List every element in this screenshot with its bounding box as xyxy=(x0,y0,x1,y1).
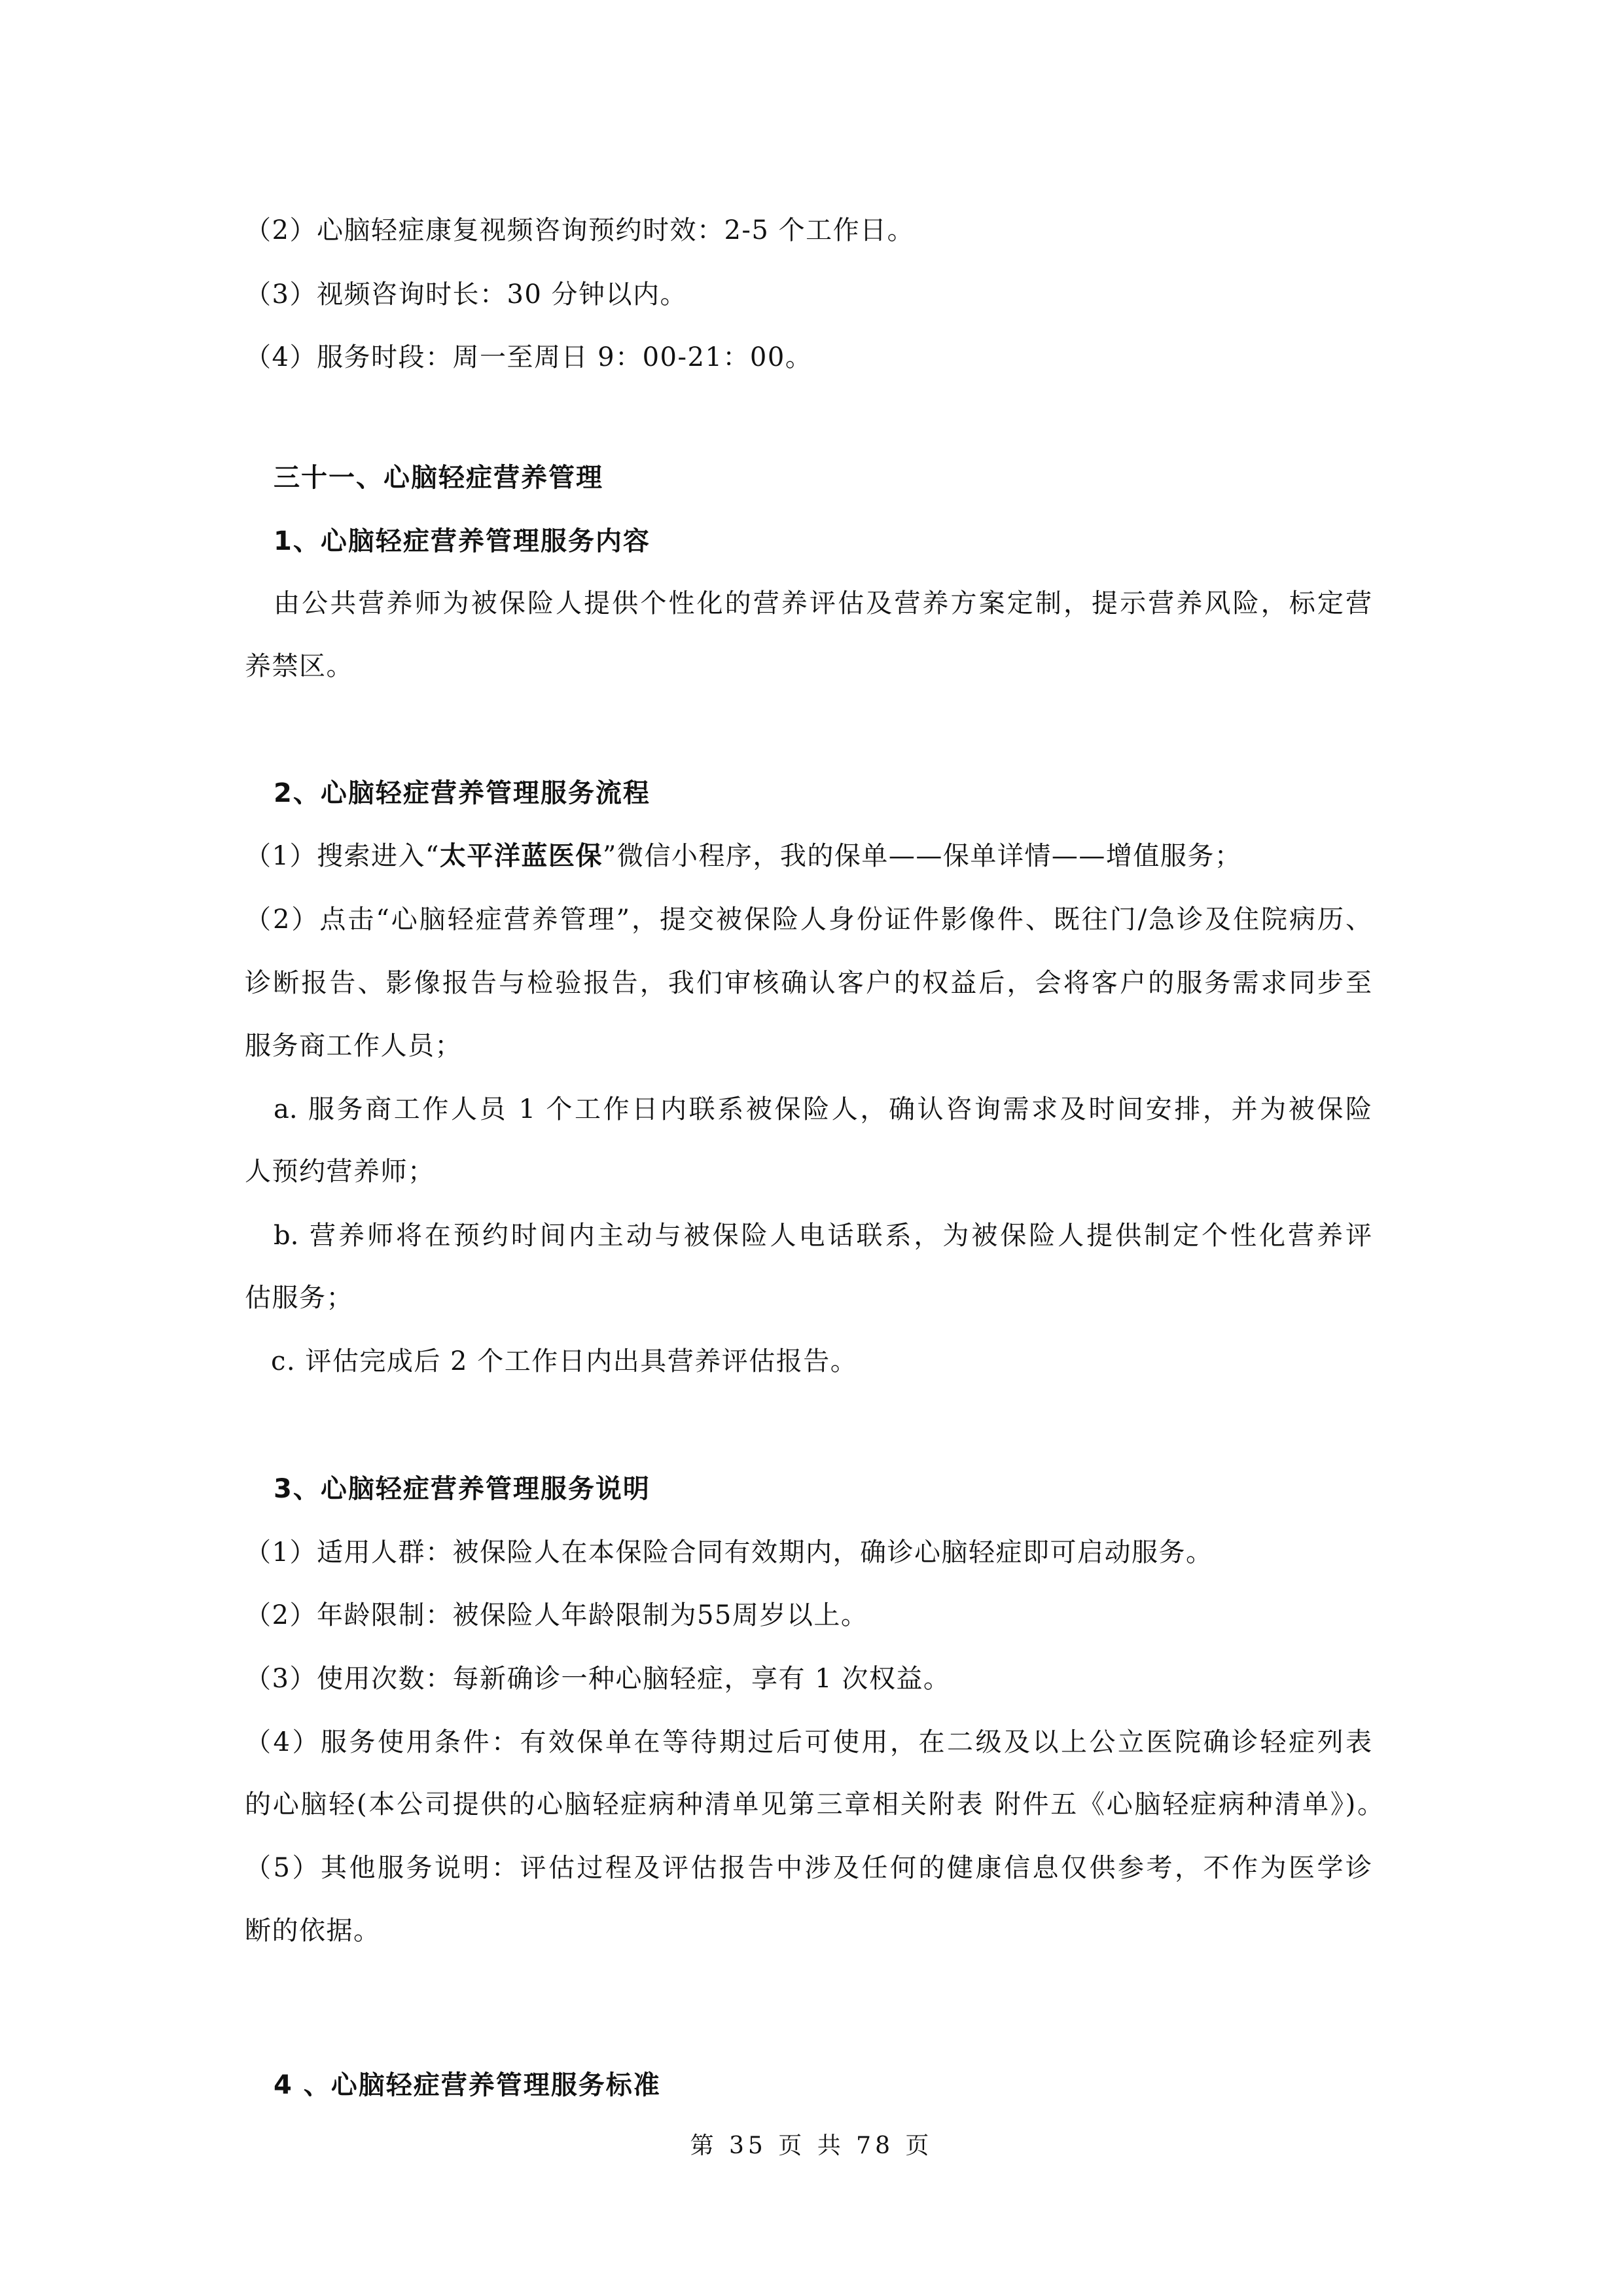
description-item-5-line-2: 断的依据。 xyxy=(245,1911,381,1950)
process-substep-a-line-1: a. 服务商工作人员 1 个工作日内联系被保险人，确认咨询需求及时间安排，并为被… xyxy=(274,1090,1372,1129)
description-item-1: （1）适用人群：被保险人在本保险合同有效期内，确诊心脑轻症即可启动服务。 xyxy=(245,1533,1213,1572)
process-step-2-line-3: 服务商工作人员； xyxy=(245,1026,462,1066)
section-title: 三十一、心脑轻症营养管理 xyxy=(274,458,603,497)
service-time-item-2: （2）心脑轻症康复视频咨询预约时效：2-5 个工作日。 xyxy=(245,211,914,250)
service-time-item-4: （4）服务时段：周一至周日 9：00-21：00。 xyxy=(245,338,812,377)
process-substep-a-line-2: 人预约营养师； xyxy=(245,1152,435,1191)
subsection-3-title: 3、心脑轻症营养管理服务说明 xyxy=(274,1469,651,1509)
description-item-4-line-2: 的心脑轻(本公司提供的心脑轻症病种清单见第三章相关附表 附件五《心脑轻症病种清单… xyxy=(245,1785,1383,1824)
process-step-2-line-1: （2）点击“心脑轻症营养管理”，提交被保险人身份证件影像件、既往门/急诊及住院病… xyxy=(245,900,1372,939)
process-step-1: （1）搜索进入“太平洋蓝医保”微信小程序，我的保单——保单详情——增值服务； xyxy=(245,836,1241,876)
description-item-4-line-1: （4）服务使用条件：有效保单在等待期过后可使用，在二级及以上公立医院确诊轻症列表 xyxy=(245,1723,1372,1762)
subsection-1-paragraph-line-2: 养禁区。 xyxy=(245,647,353,686)
subsection-4-title: 4 、心脑轻症营养管理服务标准 xyxy=(274,2066,661,2105)
process-step-1-suffix: ”微信小程序，我的保单——保单详情——增值服务； xyxy=(603,841,1241,871)
subsection-2-title: 2、心脑轻症营养管理服务流程 xyxy=(274,774,651,813)
process-substep-b-line-2: 估服务； xyxy=(245,1278,353,1318)
process-substep-c: c. 评估完成后 2 个工作日内出具营养评估报告。 xyxy=(271,1342,857,1381)
subsection-1-title: 1、心脑轻症营养管理服务内容 xyxy=(274,522,651,561)
app-name-highlight: 太平洋蓝医保 xyxy=(440,841,603,871)
description-item-5-line-1: （5）其他服务说明：评估过程及评估报告中涉及任何的健康信息仅供参考，不作为医学诊 xyxy=(245,1848,1372,1888)
subsection-1-paragraph-line-1: 由公共营养师为被保险人提供个性化的营养评估及营养方案定制，提示营养风险，标定营 xyxy=(274,584,1372,623)
description-item-3: （3）使用次数：每新确诊一种心脑轻症，享有 1 次权益。 xyxy=(245,1659,950,1698)
service-time-item-3: （3）视频咨询时长：30 分钟以内。 xyxy=(245,275,687,314)
document-page: （2）心脑轻症康复视频咨询预约时效：2-5 个工作日。 （3）视频咨询时长：30… xyxy=(0,0,1623,2296)
page-number-footer: 第 35 页 共 78 页 xyxy=(0,2130,1623,2162)
process-step-2-line-2: 诊断报告、影像报告与检验报告，我们审核确认客户的权益后，会将客户的服务需求同步至 xyxy=(245,963,1372,1003)
process-substep-b-line-1: b. 营养师将在预约时间内主动与被保险人电话联系，为被保险人提供制定个性化营养评 xyxy=(274,1216,1372,1255)
process-step-1-prefix: （1）搜索进入“ xyxy=(245,841,440,871)
description-item-2: （2）年龄限制：被保险人年龄限制为55周岁以上。 xyxy=(245,1596,868,1635)
